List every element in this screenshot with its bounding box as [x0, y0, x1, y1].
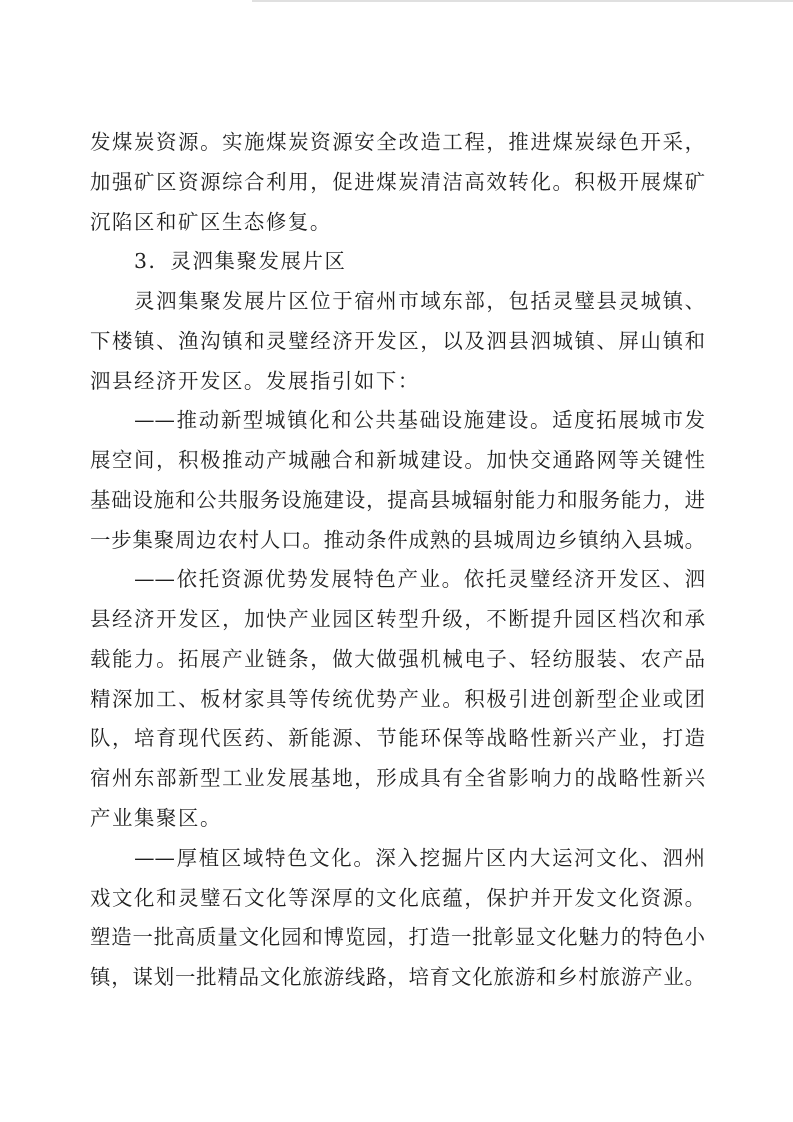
text-line: 基础设施和公共服务设施建设，提高县城辐射能力和服务能力，进 [90, 481, 705, 521]
text-line: 精深加工、板材家具等传统优势产业。积极引进创新型企业或团 [90, 680, 705, 720]
para-lingsi-zone-intro: 灵泗集聚发展片区位于宿州市域东部，包括灵璧县灵城镇、下楼镇、渔沟镇和灵璧经济开发… [90, 282, 705, 401]
text-line: ——厚植区域特色文化。深入挖掘片区内大运河文化、泗州 [90, 839, 705, 879]
text-line: 宿州东部新型工业发展基地，形成具有全省影响力的战略性新兴 [90, 759, 705, 799]
text-line: 一步集聚周边农村人口。推动条件成熟的县城周边乡镇纳入县城。 [90, 521, 705, 561]
text-line: 产业集聚区。 [90, 799, 705, 839]
text-line: 灵泗集聚发展片区位于宿州市域东部，包括灵璧县灵城镇、 [90, 282, 705, 322]
para-dash-item-industry: ——依托资源优势发展特色产业。依托灵璧经济开发区、泗县经济开发区，加快产业园区转… [90, 560, 705, 838]
section-heading-line: 3．灵泗集聚发展片区 [90, 242, 705, 282]
text-line: 展空间，积极推动产城融合和新城建设。加快交通路网等关键性 [90, 441, 705, 481]
para-dash-item-culture: ——厚植区域特色文化。深入挖掘片区内大运河文化、泗州戏文化和灵璧石文化等深厚的文… [90, 839, 705, 998]
scan-edge-artifact [252, 0, 793, 2]
text-line: 塑造一批高质量文化园和博览园，打造一批彰显文化魅力的特色小 [90, 918, 705, 958]
para-coal-resources-continued: 发煤炭资源。实施煤炭资源安全改造工程，推进煤炭绿色开采，加强矿区资源综合利用，促… [90, 123, 705, 242]
text-line: 沉陷区和矿区生态修复。 [90, 203, 705, 243]
document-body: 发煤炭资源。实施煤炭资源安全改造工程，推进煤炭绿色开采，加强矿区资源综合利用，促… [90, 123, 705, 998]
heading-lingsi-cluster-zone: 3．灵泗集聚发展片区 [90, 242, 705, 282]
text-line: 县经济开发区，加快产业园区转型升级，不断提升园区档次和承 [90, 600, 705, 640]
text-line: 加强矿区资源综合利用，促进煤炭清洁高效转化。积极开展煤矿 [90, 163, 705, 203]
text-line: 载能力。拓展产业链条，做大做强机械电子、轻纺服装、农产品 [90, 640, 705, 680]
text-line: 镇，谋划一批精品文化旅游线路，培育文化旅游和乡村旅游产业。 [90, 958, 705, 998]
text-line: 戏文化和灵璧石文化等深厚的文化底蕴，保护并开发文化资源。 [90, 879, 705, 919]
text-line: 下楼镇、渔沟镇和灵璧经济开发区，以及泗县泗城镇、屏山镇和 [90, 322, 705, 362]
text-line: 泗县经济开发区。发展指引如下： [90, 362, 705, 402]
para-dash-item-urbanization: ——推动新型城镇化和公共基础设施建设。适度拓展城市发展空间，积极推动产城融合和新… [90, 401, 705, 560]
text-line: 队，培育现代医药、新能源、节能环保等战略性新兴产业，打造 [90, 719, 705, 759]
text-line: 发煤炭资源。实施煤炭资源安全改造工程，推进煤炭绿色开采， [90, 123, 705, 163]
text-line: ——依托资源优势发展特色产业。依托灵璧经济开发区、泗 [90, 560, 705, 600]
text-line: ——推动新型城镇化和公共基础设施建设。适度拓展城市发 [90, 401, 705, 441]
